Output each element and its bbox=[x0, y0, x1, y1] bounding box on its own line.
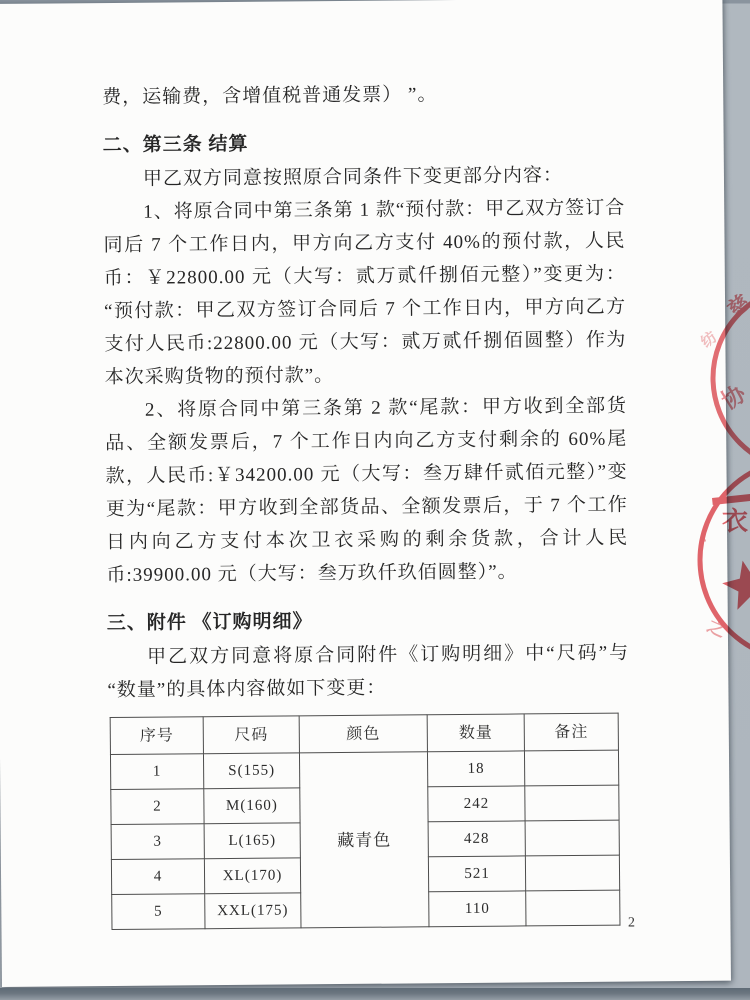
section2-paragraph-1: 1、将原合同中第三条第 1 款“预付款：甲乙双方签订合同后 7 个工作日内，甲方… bbox=[103, 192, 627, 395]
header-note: 备注 bbox=[524, 713, 618, 751]
cell-index: 2 bbox=[111, 789, 204, 825]
table-header-row: 序号 尺码 颜色 数量 备注 bbox=[110, 713, 618, 754]
document-body: 费，运输费，含增值税普通发票） ”。 二、第三条 结算 甲乙双方同意按照原合同条… bbox=[102, 77, 631, 931]
cell-qty: 428 bbox=[428, 821, 525, 857]
cell-note bbox=[524, 750, 618, 786]
cell-index: 5 bbox=[112, 894, 205, 930]
section2-intro: 甲乙双方同意按照原合同条件下变更部分内容： bbox=[103, 159, 625, 197]
header-color: 颜色 bbox=[299, 715, 427, 753]
cell-size: XXL(175) bbox=[205, 893, 301, 929]
cell-index: 1 bbox=[110, 754, 203, 790]
order-detail-table: 序号 尺码 颜色 数量 备注 1 S(155) 藏青色 18 2 M(160) … bbox=[110, 713, 621, 930]
paper-sheet: 费，运输费，含增值税普通发票） ”。 二、第三条 结算 甲乙双方同意按照原合同条… bbox=[0, 0, 731, 987]
cell-color-merged: 藏青色 bbox=[299, 752, 429, 928]
page-number: 2 bbox=[621, 915, 641, 931]
cell-qty: 521 bbox=[428, 856, 525, 892]
cell-size: L(165) bbox=[204, 823, 300, 859]
cell-index: 4 bbox=[111, 859, 204, 895]
stamp-char: 慈 bbox=[723, 290, 750, 322]
cell-qty: 110 bbox=[429, 891, 526, 927]
section2-heading: 二、第三条 结算 bbox=[103, 125, 625, 163]
cell-size: S(155) bbox=[203, 753, 299, 789]
section3-heading: 三、附件 《订购明细》 bbox=[107, 603, 629, 641]
cell-index: 3 bbox=[111, 824, 204, 860]
cell-qty: 242 bbox=[428, 786, 525, 822]
scanned-contract-page: { "page": { "number": "2", "continuation… bbox=[0, 0, 750, 1000]
section2-paragraph-2: 2、将原合同中第三条第 2 款“尾款：甲方收到全部货品、全额发票后，7 个工作日… bbox=[105, 390, 629, 593]
cell-note bbox=[526, 890, 620, 926]
section3-intro: 甲乙双方同意将原合同附件《订购明细》中“尺码”与“数量”的具体内容做如下变更： bbox=[107, 637, 630, 708]
continuation-line: 费，运输费，含增值税普通发票） ”。 bbox=[102, 77, 624, 115]
cell-size: M(160) bbox=[204, 788, 300, 824]
header-index: 序号 bbox=[110, 717, 203, 755]
table-row: 1 S(155) 藏青色 18 bbox=[110, 750, 618, 789]
cell-qty: 18 bbox=[427, 751, 524, 787]
header-size: 尺码 bbox=[203, 716, 299, 754]
cell-note bbox=[525, 820, 619, 856]
cell-note bbox=[525, 855, 619, 891]
cell-note bbox=[525, 785, 619, 821]
scanner-background-edge bbox=[0, 988, 750, 1000]
header-qty: 数量 bbox=[427, 714, 524, 752]
cell-size: XL(170) bbox=[204, 858, 300, 894]
